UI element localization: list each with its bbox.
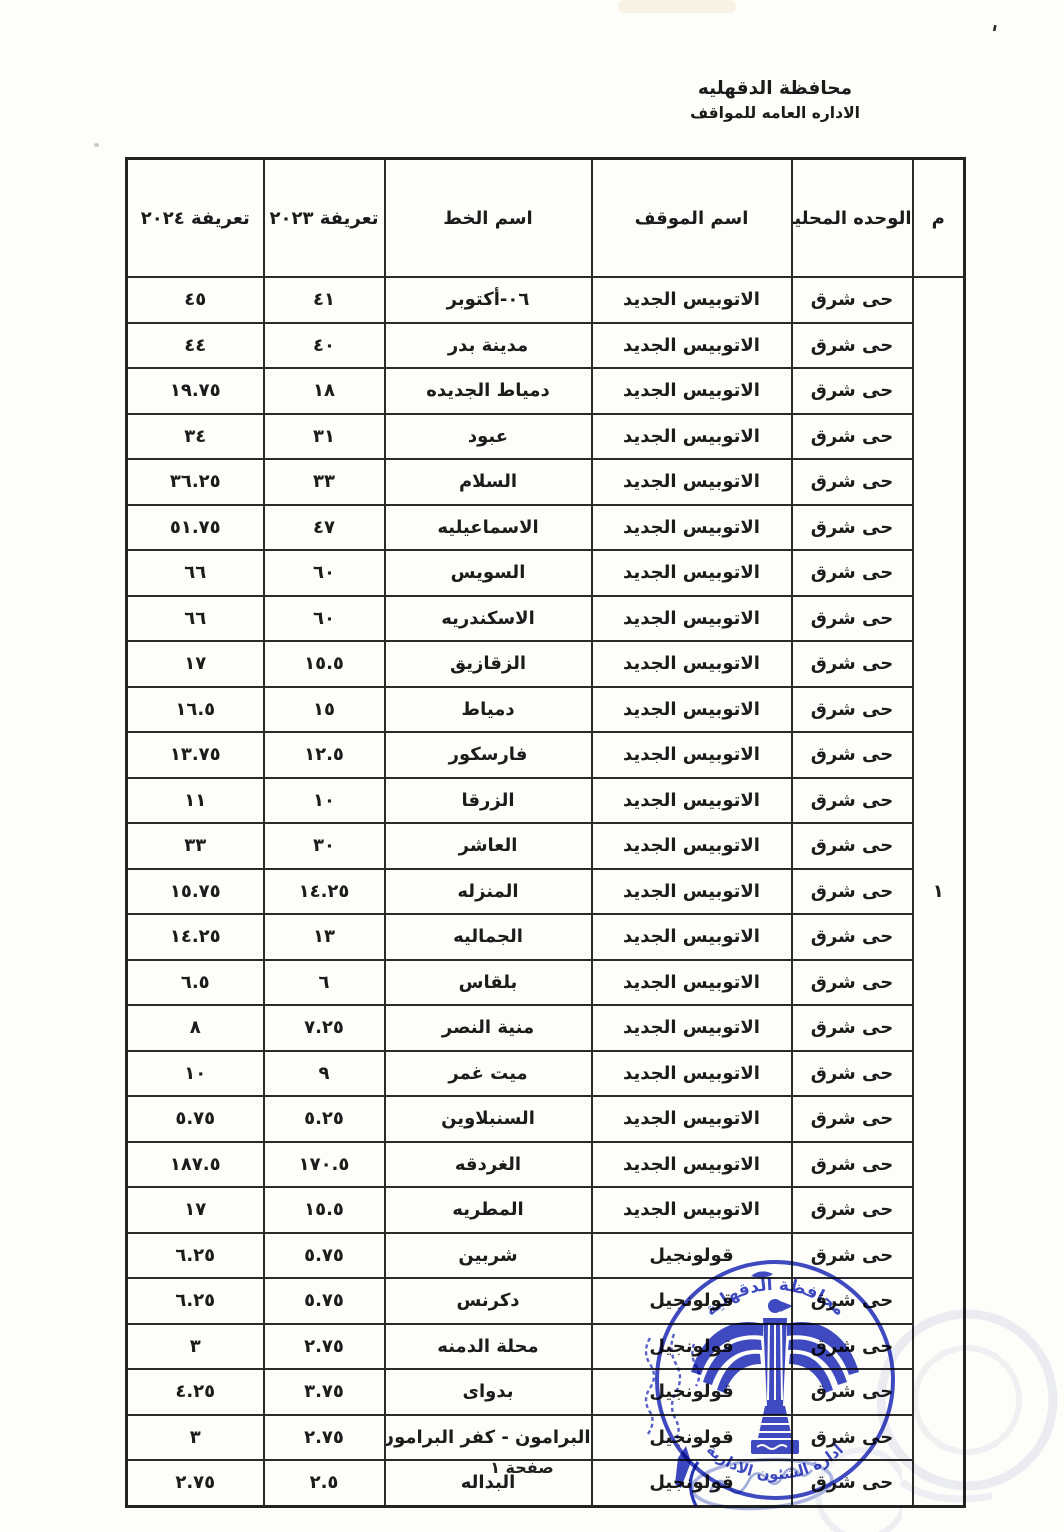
cell-local_unit: حى شرق [792, 823, 913, 869]
cell-t2024: ٣٦.٢٥ [127, 459, 264, 505]
cell-local_unit: حى شرق [792, 368, 913, 414]
table-row: حى شرقالاتوبيس الجديدالسنبلاوين٥.٢٥٥.٧٥ [127, 1096, 965, 1142]
cell-line: منية النصر [385, 1005, 592, 1051]
cell-t2023: ٣١ [264, 414, 385, 460]
cell-t2024: ١١ [127, 778, 264, 824]
cell-line: فارسكور [385, 732, 592, 778]
cell-t2024: ١٨٧.٥ [127, 1142, 264, 1188]
cell-t2024: ١٠ [127, 1051, 264, 1097]
fare-table-body: ١حى شرقالاتوبيس الجديد٠٦-أكتوبر٤١٤٥حى شر… [127, 277, 965, 1506]
cell-line: الجماليه [385, 914, 592, 960]
cell-t2023: ٣٣ [264, 459, 385, 505]
letterhead: محافظة الدقهليه الاداره العامه للمواقف [672, 78, 878, 122]
cell-t2023: ٢.٥ [264, 1460, 385, 1506]
cell-station: الاتوبيس الجديد [592, 414, 792, 460]
cell-line: المنزله [385, 869, 592, 915]
cell-t2023: ٧.٢٥ [264, 1005, 385, 1051]
cell-line: شربين [385, 1233, 592, 1279]
table-row: حى شرقالاتوبيس الجديدالسلام٣٣٣٦.٢٥ [127, 459, 965, 505]
cell-local_unit: حى شرق [792, 1460, 913, 1506]
cell-t2023: ٦٠ [264, 550, 385, 596]
cell-station: قولونجيل [592, 1233, 792, 1279]
cell-t2024: ١٥.٧٥ [127, 869, 264, 915]
cell-line: الاسماعيليه [385, 505, 592, 551]
cell-local_unit: حى شرق [792, 778, 913, 824]
cell-station: الاتوبيس الجديد [592, 277, 792, 323]
cell-t2023: ١٥ [264, 687, 385, 733]
cell-t2024: ١٤.٢٥ [127, 914, 264, 960]
table-row: حى شرققولونجيلمحلة الدمنه٢.٧٥٣ [127, 1324, 965, 1370]
table-row: حى شرقالاتوبيس الجديدالاسماعيليه٤٧٥١.٧٥ [127, 505, 965, 551]
cell-station: الاتوبيس الجديد [592, 732, 792, 778]
cell-local_unit: حى شرق [792, 960, 913, 1006]
cell-local_unit: حى شرق [792, 505, 913, 551]
cell-station: الاتوبيس الجديد [592, 869, 792, 915]
header-line: اسم الخط [385, 159, 592, 278]
cell-t2023: ٣٠ [264, 823, 385, 869]
table-row: حى شرقالاتوبيس الجديددمياط١٥١٦.٥ [127, 687, 965, 733]
cell-station: الاتوبيس الجديد [592, 505, 792, 551]
cell-local_unit: حى شرق [792, 914, 913, 960]
cell-t2023: ٤٠ [264, 323, 385, 369]
cell-t2023: ١٣ [264, 914, 385, 960]
cell-local_unit: حى شرق [792, 1187, 913, 1233]
cell-line: بدواى [385, 1369, 592, 1415]
cell-t2024: ٦.٢٥ [127, 1233, 264, 1279]
cell-station: الاتوبيس الجديد [592, 687, 792, 733]
fare-table-header: م الوحده المحليه اسم الموقف اسم الخط تعر… [127, 159, 965, 278]
cell-t2023: ٥.٢٥ [264, 1096, 385, 1142]
administration-title: الاداره العامه للمواقف [672, 104, 878, 122]
cell-t2024: ٥.٧٥ [127, 1096, 264, 1142]
cell-line: السويس [385, 550, 592, 596]
table-row: حى شرققولونجيلشربين٥.٧٥٦.٢٥ [127, 1233, 965, 1279]
cell-station: الاتوبيس الجديد [592, 1096, 792, 1142]
cell-line: ميت غمر [385, 1051, 592, 1097]
cell-local_unit: حى شرق [792, 1369, 913, 1415]
cell-local_unit: حى شرق [792, 687, 913, 733]
table-row: حى شرقالاتوبيس الجديدبلقاس٦٦.٥ [127, 960, 965, 1006]
cell-station: الاتوبيس الجديد [592, 914, 792, 960]
cell-t2023: ٦ [264, 960, 385, 1006]
cell-local_unit: حى شرق [792, 596, 913, 642]
cell-line: السنبلاوين [385, 1096, 592, 1142]
cell-line: مدينة بدر [385, 323, 592, 369]
governorate-title: محافظة الدقهليه [672, 78, 878, 99]
cell-line: الغردقه [385, 1142, 592, 1188]
table-row: حى شرقالاتوبيس الجديدفارسكور١٢.٥١٣.٧٥ [127, 732, 965, 778]
cell-line: دمياط الجديده [385, 368, 592, 414]
cell-station: قولونجيل [592, 1415, 792, 1461]
cell-line: العاشر [385, 823, 592, 869]
cell-t2023: ١٤.٢٥ [264, 869, 385, 915]
cell-station: الاتوبيس الجديد [592, 641, 792, 687]
cell-local_unit: حى شرق [792, 1324, 913, 1370]
cell-line: البرامون - كفر البرامون [385, 1415, 592, 1461]
cell-station: الاتوبيس الجديد [592, 823, 792, 869]
table-row: حى شرقالاتوبيس الجديددمياط الجديده١٨١٩.٧… [127, 368, 965, 414]
header-tariff-2023: تعريفة ٢٠٢٣ [264, 159, 385, 278]
cell-line: محلة الدمنه [385, 1324, 592, 1370]
cell-line: دكرنس [385, 1278, 592, 1324]
cell-line: الزقازيق [385, 641, 592, 687]
cell-local_unit: حى شرق [792, 869, 913, 915]
cell-line: السلام [385, 459, 592, 505]
table-row: حى شرقالاتوبيس الجديدمدينة بدر٤٠٤٤ [127, 323, 965, 369]
cell-local_unit: حى شرق [792, 641, 913, 687]
cell-t2023: ٦٠ [264, 596, 385, 642]
cell-local_unit: حى شرق [792, 1233, 913, 1279]
cell-t2024: ٦.٢٥ [127, 1278, 264, 1324]
table-row: حى شرقالاتوبيس الجديدعبود٣١٣٤ [127, 414, 965, 460]
cell-station: الاتوبيس الجديد [592, 1005, 792, 1051]
cell-local_unit: حى شرق [792, 459, 913, 505]
table-row: حى شرققولونجيلبدواى٣.٧٥٤.٢٥ [127, 1369, 965, 1415]
cell-t2024: ٦٦ [127, 596, 264, 642]
cell-station: الاتوبيس الجديد [592, 323, 792, 369]
header-local-unit: الوحده المحليه [792, 159, 913, 278]
cell-station: الاتوبيس الجديد [592, 596, 792, 642]
cell-local_unit: حى شرق [792, 1142, 913, 1188]
cell-t2024: ١٦.٥ [127, 687, 264, 733]
cell-local_unit: حى شرق [792, 1415, 913, 1461]
header-index: م [913, 159, 965, 278]
cell-local_unit: حى شرق [792, 1005, 913, 1051]
cell-t2024: ٣٤ [127, 414, 264, 460]
header-row: م الوحده المحليه اسم الموقف اسم الخط تعر… [127, 159, 965, 278]
table-row: حى شرقالاتوبيس الجديدالمطريه١٥.٥١٧ [127, 1187, 965, 1233]
cell-line: المطريه [385, 1187, 592, 1233]
header-tariff-2024: تعريفة ٢٠٢٤ [127, 159, 264, 278]
cell-t2023: ٥.٧٥ [264, 1278, 385, 1324]
cell-t2023: ١٥.٥ [264, 641, 385, 687]
cell-station: الاتوبيس الجديد [592, 368, 792, 414]
cell-line: دمياط [385, 687, 592, 733]
cell-station: قولونجيل [592, 1278, 792, 1324]
cell-line: الاسكندريه [385, 596, 592, 642]
table-row: حى شرقالاتوبيس الجديدالسويس٦٠٦٦ [127, 550, 965, 596]
table-row: حى شرققولونجيلدكرنس٥.٧٥٦.٢٥ [127, 1278, 965, 1324]
cell-local_unit: حى شرق [792, 732, 913, 778]
cell-t2024: ٨ [127, 1005, 264, 1051]
cell-t2024: ٣٣ [127, 823, 264, 869]
cell-t2023: ٢.٧٥ [264, 1415, 385, 1461]
table-row: حى شرقالاتوبيس الجديدالغردقه١٧٠.٥١٨٧.٥ [127, 1142, 965, 1188]
cell-local_unit: حى شرق [792, 323, 913, 369]
scanned-document-page: ' محافظة الدقهليه الاداره العامه للمواقف… [0, 0, 1064, 1532]
cell-local_unit: حى شرق [792, 1096, 913, 1142]
cell-t2023: ١٢.٥ [264, 732, 385, 778]
scan-smudge [618, 0, 736, 13]
cell-t2023: ٩ [264, 1051, 385, 1097]
cell-t2023: ٤١ [264, 277, 385, 323]
cell-t2024: ٥١.٧٥ [127, 505, 264, 551]
table-row: حى شرقالاتوبيس الجديدميت غمر٩١٠ [127, 1051, 965, 1097]
table-row: حى شرقالاتوبيس الجديدالزقازيق١٥.٥١٧ [127, 641, 965, 687]
cell-t2023: ٢.٧٥ [264, 1324, 385, 1370]
cell-station: الاتوبيس الجديد [592, 1051, 792, 1097]
cell-station: الاتوبيس الجديد [592, 459, 792, 505]
cell-t2023: ٥.٧٥ [264, 1233, 385, 1279]
scan-speck [94, 143, 99, 147]
cell-t2023: ١٥.٥ [264, 1187, 385, 1233]
cell-local_unit: حى شرق [792, 1051, 913, 1097]
cell-station: الاتوبيس الجديد [592, 960, 792, 1006]
fare-table: م الوحده المحليه اسم الموقف اسم الخط تعر… [125, 157, 966, 1508]
cell-station: الاتوبيس الجديد [592, 778, 792, 824]
cell-local_unit: حى شرق [792, 414, 913, 460]
cell-station: قولونجيل [592, 1324, 792, 1370]
cell-t2024: ١٧ [127, 1187, 264, 1233]
cell-t2024: ١٩.٧٥ [127, 368, 264, 414]
cell-t2023: ١٨ [264, 368, 385, 414]
corner-pen-mark: ' [987, 22, 999, 48]
cell-line: ٠٦-أكتوبر [385, 277, 592, 323]
cell-t2024: ٦.٥ [127, 960, 264, 1006]
cell-t2024: ٣ [127, 1324, 264, 1370]
cell-t2023: ١٧٠.٥ [264, 1142, 385, 1188]
group-index-cell: ١ [913, 277, 965, 1506]
page-number: صفحة ١ [462, 1458, 582, 1477]
cell-station: الاتوبيس الجديد [592, 1187, 792, 1233]
cell-station: الاتوبيس الجديد [592, 1142, 792, 1188]
table-row: حى شرقالاتوبيس الجديدالمنزله١٤.٢٥١٥.٧٥ [127, 869, 965, 915]
cell-t2024: ١٣.٧٥ [127, 732, 264, 778]
cell-station: قولونجيل [592, 1369, 792, 1415]
table-row: حى شرقالاتوبيس الجديدمنية النصر٧.٢٥٨ [127, 1005, 965, 1051]
cell-local_unit: حى شرق [792, 1278, 913, 1324]
cell-t2023: ١٠ [264, 778, 385, 824]
cell-t2024: ٤٤ [127, 323, 264, 369]
cell-t2024: ٤٥ [127, 277, 264, 323]
table-row: حى شرققولونجيلالبرامون - كفر البرامون٢.٧… [127, 1415, 965, 1461]
header-station: اسم الموقف [592, 159, 792, 278]
table-row: حى شرقالاتوبيس الجديدالزرقا١٠١١ [127, 778, 965, 824]
cell-local_unit: حى شرق [792, 550, 913, 596]
cell-t2024: ٤.٢٥ [127, 1369, 264, 1415]
cell-t2023: ٣.٧٥ [264, 1369, 385, 1415]
cell-t2024: ٢.٧٥ [127, 1460, 264, 1506]
cell-line: عبود [385, 414, 592, 460]
cell-t2024: ٣ [127, 1415, 264, 1461]
cell-local_unit: حى شرق [792, 277, 913, 323]
table-row: ١حى شرقالاتوبيس الجديد٠٦-أكتوبر٤١٤٥ [127, 277, 965, 323]
table-row: حى شرقالاتوبيس الجديدالجماليه١٣١٤.٢٥ [127, 914, 965, 960]
table-row: حى شرقالاتوبيس الجديدالعاشر٣٠٣٣ [127, 823, 965, 869]
cell-line: الزرقا [385, 778, 592, 824]
cell-t2023: ٤٧ [264, 505, 385, 551]
cell-t2024: ٦٦ [127, 550, 264, 596]
cell-t2024: ١٧ [127, 641, 264, 687]
cell-station: قولونجيل [592, 1460, 792, 1506]
cell-line: بلقاس [385, 960, 592, 1006]
table-row: حى شرقالاتوبيس الجديدالاسكندريه٦٠٦٦ [127, 596, 965, 642]
cell-station: الاتوبيس الجديد [592, 550, 792, 596]
